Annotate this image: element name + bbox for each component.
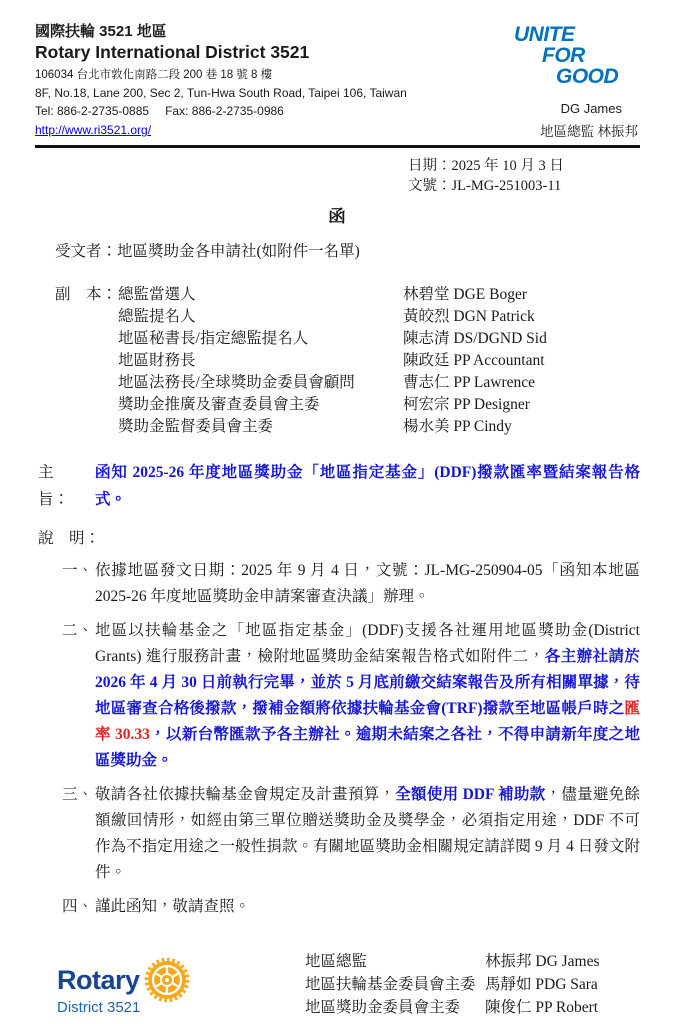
letterhead: 國際扶輪 3521 地區 Rotary International Distri…: [35, 22, 640, 140]
explanation-item-2: 二、 地區以扶輪基金之「地區指定基金」(DDF)支援各社運用地區獎助金(Dist…: [62, 618, 640, 774]
item-number: 三、: [62, 782, 95, 886]
letter-page: 國際扶輪 3521 地區 Rotary International Distri…: [0, 0, 675, 1024]
item-text: 謹此函知，敬請查照。: [95, 894, 640, 920]
subject-block: 主 旨： 函知 2025-26 年度地區獎助金「地區指定基金」(DDF)撥款匯率…: [38, 459, 640, 513]
item-4-segment-normal: 謹此函知，敬請查照。: [95, 898, 250, 915]
item-3-segment-blue: 全額使用 DDF 補助款: [395, 786, 545, 803]
cc-person-name: 林碧堂 DGE Boger: [403, 284, 640, 306]
cc-role-title: 獎助金監督委員會主委: [118, 416, 403, 438]
slogan-line-2: FOR: [500, 45, 640, 66]
recipient-value: 地區獎助金各申請社(如附件一名單): [117, 243, 360, 260]
signature-person-name: 陳俊仁 PP Robert: [485, 996, 640, 1019]
rotary-footer-logo: Rotary District 3521: [57, 957, 217, 1016]
signature-person-name: 林振邦 DG James: [485, 950, 640, 973]
governor-name-en: DG James: [500, 101, 640, 116]
cc-role-title: 地區財務長: [118, 350, 403, 372]
slogan-line-1: UNITE: [500, 24, 640, 45]
signature-person-name: 馬靜如 PDG Sara: [485, 973, 640, 996]
subject-label: 主 旨：: [38, 459, 95, 513]
recipient-line: 受文者：地區獎助金各申請社(如附件一名單): [55, 240, 640, 264]
cc-row: 地區財務長 陳政廷 PP Accountant: [118, 350, 640, 372]
item-1-segment-normal: 依據地區發文日期：2025 年 9 月 4 日，文號：JL-MG-250904-…: [95, 562, 640, 605]
cc-role-title: 總監提名人: [118, 306, 403, 328]
cc-person-name: 曹志仁 PP Lawrence: [403, 372, 640, 394]
cc-rows: 總監當選人 林碧堂 DGE Boger 總監提名人 黃皎烈 DGN Patric…: [118, 284, 640, 438]
signature-row: 地區總監 林振邦 DG James: [305, 950, 640, 973]
signature-role-title: 地區獎助金委員會主委: [305, 996, 485, 1019]
governor-name-zh: 地區總監 林振邦: [500, 120, 640, 140]
doc-type-title: 函: [35, 202, 640, 227]
cc-row: 獎助金監督委員會主委 楊水美 PP Cindy: [118, 416, 640, 438]
cc-row: 地區法務長/全球獎助金委員會顧問 曹志仁 PP Lawrence: [118, 372, 640, 394]
slogan-line-3: GOOD: [500, 66, 640, 87]
item-number: 二、: [62, 618, 95, 774]
cc-person-name: 陳志清 DS/DGND Sid: [403, 328, 640, 350]
cc-person-name: 楊水美 PP Cindy: [403, 416, 640, 438]
cc-row: 總監提名人 黃皎烈 DGN Patrick: [118, 306, 640, 328]
tel-fax-line: Tel: 886-2-2735-0885Fax: 886-2-2735-0986: [35, 102, 407, 121]
unite-for-good-logo: UNITE FOR GOOD: [500, 24, 640, 87]
signature-role-title: 地區總監: [305, 950, 485, 973]
explanation-label: 說 明：: [38, 528, 640, 550]
org-name-zh: 國際扶輪 3521 地區: [35, 22, 407, 42]
fax: Fax: 886-2-2735-0986: [165, 104, 284, 118]
rotary-wordmark: Rotary: [57, 965, 140, 996]
doc-number-line: 文號：JL-MG-251003-11: [408, 176, 640, 196]
recipient-label: 受文者：: [55, 243, 117, 260]
cc-role-title: 地區秘書長/指定總監提名人: [118, 328, 403, 350]
cc-row: 獎助金推廣及審查委員會主委 柯宏宗 PP Designer: [118, 394, 640, 416]
letterhead-right: UNITE FOR GOOD DG James 地區總監 林振邦: [500, 22, 640, 140]
item-text: 敬請各社依據扶輪基金會規定及計畫預算，全額使用 DDF 補助款，儘量避免餘額繳回…: [95, 782, 640, 886]
signature-row: 地區扶輪基金委員會主委 馬靜如 PDG Sara: [305, 973, 640, 996]
item-number: 一、: [62, 558, 95, 610]
cc-row: 總監當選人 林碧堂 DGE Boger: [118, 284, 640, 306]
header-divider: [35, 145, 640, 148]
subject-text: 函知 2025-26 年度地區獎助金「地區指定基金」(DDF)撥款匯率暨結案報告…: [95, 459, 640, 513]
item-3-segment-normal: 敬請各社依據扶輪基金會規定及計畫預算，: [95, 786, 395, 803]
cc-role-title: 地區法務長/全球獎助金委員會顧問: [118, 372, 403, 394]
website-link[interactable]: http://www.ri3521.org/: [35, 123, 151, 137]
cc-person-name: 陳政廷 PP Accountant: [403, 350, 640, 372]
signature-role-title: 地區扶輪基金委員會主委: [305, 973, 485, 996]
signature-row: 地區獎助金委員會主委 陳俊仁 PP Robert: [305, 996, 640, 1019]
doc-meta: 日期：2025 年 10 月 3 日 文號：JL-MG-251003-11: [408, 156, 640, 196]
item-number: 四、: [62, 894, 95, 920]
tel: Tel: 886-2-2735-0885: [35, 104, 149, 118]
rotary-wheel-icon: [144, 957, 190, 1003]
org-name-en: Rotary International District 3521: [35, 42, 407, 63]
explanation-item-1: 一、 依據地區發文日期：2025 年 9 月 4 日，文號：JL-MG-2509…: [62, 558, 640, 610]
cc-row: 地區秘書長/指定總監提名人 陳志清 DS/DGND Sid: [118, 328, 640, 350]
item-2-segment-blue-2: ，以新台幣匯款予各主辦社。逾期未結案之各社，不得申請新年度之地區獎助金。: [95, 726, 640, 769]
cc-person-name: 柯宏宗 PP Designer: [403, 394, 640, 416]
cc-role-title: 獎助金推廣及審查委員會主委: [118, 394, 403, 416]
explanation-items: 一、 依據地區發文日期：2025 年 9 月 4 日，文號：JL-MG-2509…: [62, 558, 640, 920]
address-en: 8F, No.18, Lane 200, Sec 2, Tun-Hwa Sout…: [35, 84, 407, 102]
item-text: 依據地區發文日期：2025 年 9 月 4 日，文號：JL-MG-250904-…: [95, 558, 640, 610]
explanation-item-3: 三、 敬請各社依據扶輪基金會規定及計畫預算，全額使用 DDF 補助款，儘量避免餘…: [62, 782, 640, 886]
address-zh: 106034 台北市敦化南路二段 200 巷 18 號 8 樓: [35, 66, 407, 84]
date-line: 日期：2025 年 10 月 3 日: [408, 156, 640, 176]
letterhead-left: 國際扶輪 3521 地區 Rotary International Distri…: [35, 22, 407, 139]
item-text: 地區以扶輪基金之「地區指定基金」(DDF)支援各社運用地區獎助金(Distric…: [95, 618, 640, 774]
cc-block: 副 本： 總監當選人 林碧堂 DGE Boger 總監提名人 黃皎烈 DGN P…: [55, 284, 640, 438]
rotary-district-label: District 3521: [57, 999, 217, 1016]
cc-role-title: 總監當選人: [118, 284, 403, 306]
cc-person-name: 黃皎烈 DGN Patrick: [403, 306, 640, 328]
rotary-logo-top: Rotary: [57, 957, 217, 1003]
signature-block: 地區總監 林振邦 DG James 地區扶輪基金委員會主委 馬靜如 PDG Sa…: [305, 950, 640, 1019]
explanation-item-4: 四、 謹此函知，敬請查照。: [62, 894, 640, 920]
cc-label: 副 本：: [55, 284, 118, 438]
